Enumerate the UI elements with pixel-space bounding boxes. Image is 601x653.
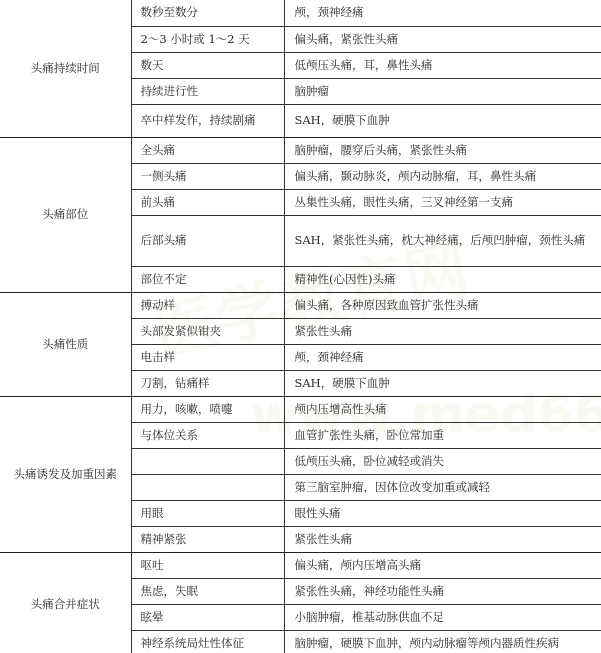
- value-cell: 颅内压增高性头痛: [284, 396, 601, 422]
- key-cell: 后部头痛: [131, 215, 284, 266]
- key-cell: 部位不定: [131, 266, 284, 292]
- table-row: 头痛合并症状 呕吐 偏头痛，颅内压增高头痛: [0, 552, 601, 578]
- value-cell: 颅，颈神经痛: [284, 0, 601, 26]
- key-cell: 数天: [131, 52, 284, 78]
- category-cell: 头痛诱发及加重因素: [0, 396, 131, 552]
- headache-features-table: 头痛持续时间 数秒至数分 颅，颈神经痛 2～3 小时或 1～2 天 偏头痛，紧张…: [0, 0, 601, 653]
- key-cell: [131, 474, 284, 500]
- key-cell: 呕吐: [131, 552, 284, 578]
- key-cell: 与体位关系: [131, 422, 284, 448]
- key-cell: 刀割，钻痛样: [131, 370, 284, 396]
- key-cell: 数秒至数分: [131, 0, 284, 26]
- key-cell: 搏动样: [131, 292, 284, 318]
- value-cell: 紧张性头痛，神经功能性头痛: [284, 578, 601, 604]
- value-cell: 紧张性头痛: [284, 318, 601, 344]
- key-cell: 卒中样发作，持续剧痛: [131, 104, 284, 137]
- value-cell: SAH，硬膜下血肿: [284, 104, 601, 137]
- key-cell: 焦虑，失眠: [131, 578, 284, 604]
- value-cell: 小脑肿瘤，椎基动脉供血不足: [284, 604, 601, 630]
- table-row: 头痛诱发及加重因素 用力，咳嗽，喷嚏 颅内压增高性头痛: [0, 396, 601, 422]
- table-row: 头痛性质 搏动样 偏头痛，各种原因致血管扩张性头痛: [0, 292, 601, 318]
- key-cell: 神经系统局灶性体征: [131, 630, 284, 653]
- key-cell: 电击样: [131, 344, 284, 370]
- value-cell: 紧张性头痛: [284, 526, 601, 552]
- key-cell: 眩晕: [131, 604, 284, 630]
- value-cell: 脑肿瘤: [284, 78, 601, 104]
- key-cell: 用眼: [131, 500, 284, 526]
- category-cell: 头痛性质: [0, 292, 131, 396]
- value-cell: 偏头痛，颅内压增高头痛: [284, 552, 601, 578]
- value-cell: SAH，紧张性头痛，枕大神经痛，后颅凹肿瘤，颈性头痛: [284, 215, 601, 266]
- category-cell: 头痛持续时间: [0, 0, 131, 137]
- value-cell: 丛集性头痛，眼性头痛，三叉神经第一支痛: [284, 189, 601, 215]
- table-row: 头痛部位 全头痛 脑肿瘤，腰穿后头痛，紧张性头痛: [0, 137, 601, 163]
- category-cell: 头痛合并症状: [0, 552, 131, 653]
- key-cell: 精神紧张: [131, 526, 284, 552]
- key-cell: 2～3 小时或 1～2 天: [131, 26, 284, 52]
- value-cell: 颅，颈神经痛: [284, 344, 601, 370]
- key-cell: 一侧头痛: [131, 163, 284, 189]
- value-cell: 第三脑室肿瘤，因体位改变加重或减轻: [284, 474, 601, 500]
- value-cell: 血管扩张性头痛，卧位常加重: [284, 422, 601, 448]
- key-cell: 持续进行性: [131, 78, 284, 104]
- value-cell: 眼性头痛: [284, 500, 601, 526]
- value-cell: 偏头痛，紧张性头痛: [284, 26, 601, 52]
- value-cell: 精神性(心因性)头痛: [284, 266, 601, 292]
- value-cell: 脑肿瘤，硬膜下血肿，颅内动脉瘤等颅内器质性疾病: [284, 630, 601, 653]
- value-cell: 脑肿瘤，腰穿后头痛，紧张性头痛: [284, 137, 601, 163]
- category-cell: 头痛部位: [0, 137, 131, 292]
- key-cell: 头部发紧似钳夹: [131, 318, 284, 344]
- key-cell: [131, 448, 284, 474]
- key-cell: 全头痛: [131, 137, 284, 163]
- value-cell: 低颅压头痛，卧位减轻或消失: [284, 448, 601, 474]
- value-cell: 偏头痛，各种原因致血管扩张性头痛: [284, 292, 601, 318]
- table-row: 头痛持续时间 数秒至数分 颅，颈神经痛: [0, 0, 601, 26]
- key-cell: 前头痛: [131, 189, 284, 215]
- value-cell: SAH，硬膜下血肿: [284, 370, 601, 396]
- value-cell: 偏头痛，颞动脉炎，颅内动脉瘤，耳，鼻性头痛: [284, 163, 601, 189]
- key-cell: 用力，咳嗽，喷嚏: [131, 396, 284, 422]
- value-cell: 低颅压头痛，耳，鼻性头痛: [284, 52, 601, 78]
